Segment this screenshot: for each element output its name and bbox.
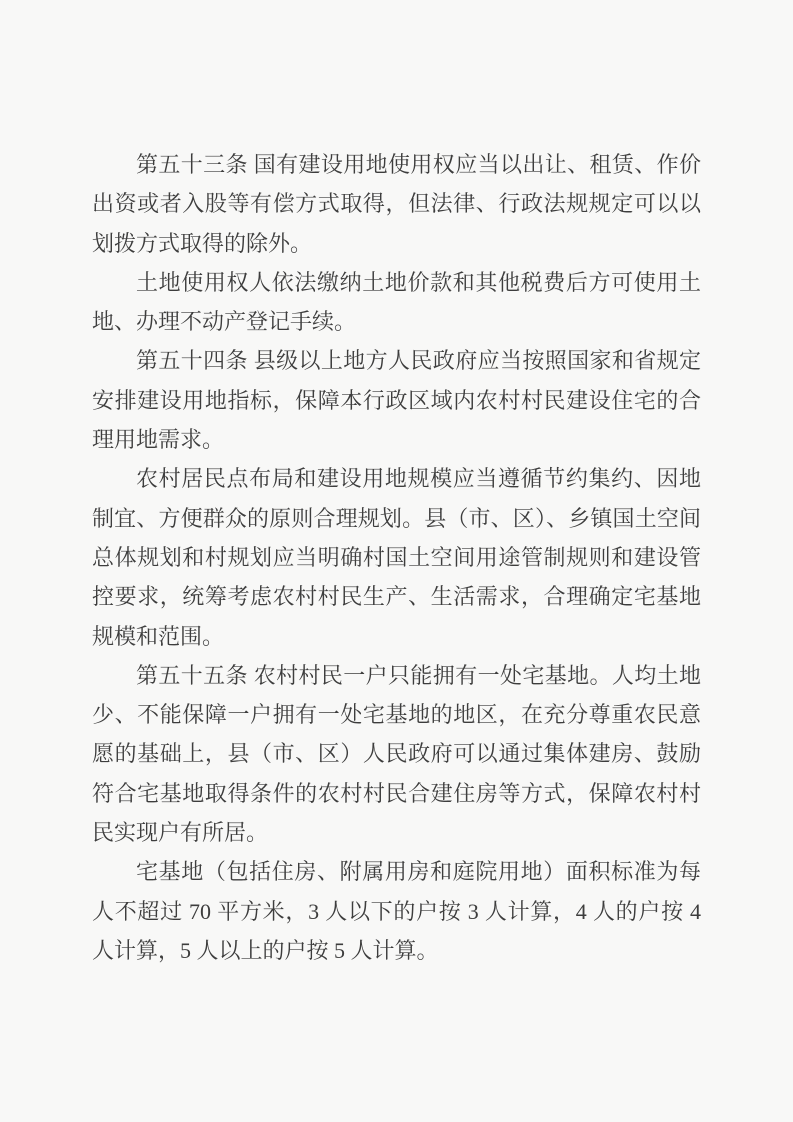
paragraph-article-54-clause-2: 农村居民点布局和建设用地规模应当遵循节约集约、因地制宜、方便群众的原则合理规划。… [92,459,701,655]
paragraph-article-55: 第五十五条 农村村民一户只能拥有一处宅基地。人均土地少、不能保障一户拥有一处宅基… [92,656,701,852]
document-page: 第五十三条 国有建设用地使用权应当以出让、租赁、作价出资或者入股等有偿方式取得，… [0,0,793,1122]
paragraph-article-53-clause-2: 土地使用权人依法缴纳土地价款和其他税费后方可使用土地、办理不动产登记手续。 [92,263,701,342]
paragraph-article-54: 第五十四条 县级以上地方人民政府应当按照国家和省规定安排建设用地指标，保障本行政… [92,341,701,459]
paragraph-article-55-clause-2: 宅基地（包括住房、附属用房和庭院用地）面积标准为每人不超过 70 平方米，3 人… [92,852,701,970]
paragraph-article-53: 第五十三条 国有建设用地使用权应当以出让、租赁、作价出资或者入股等有偿方式取得，… [92,145,701,263]
